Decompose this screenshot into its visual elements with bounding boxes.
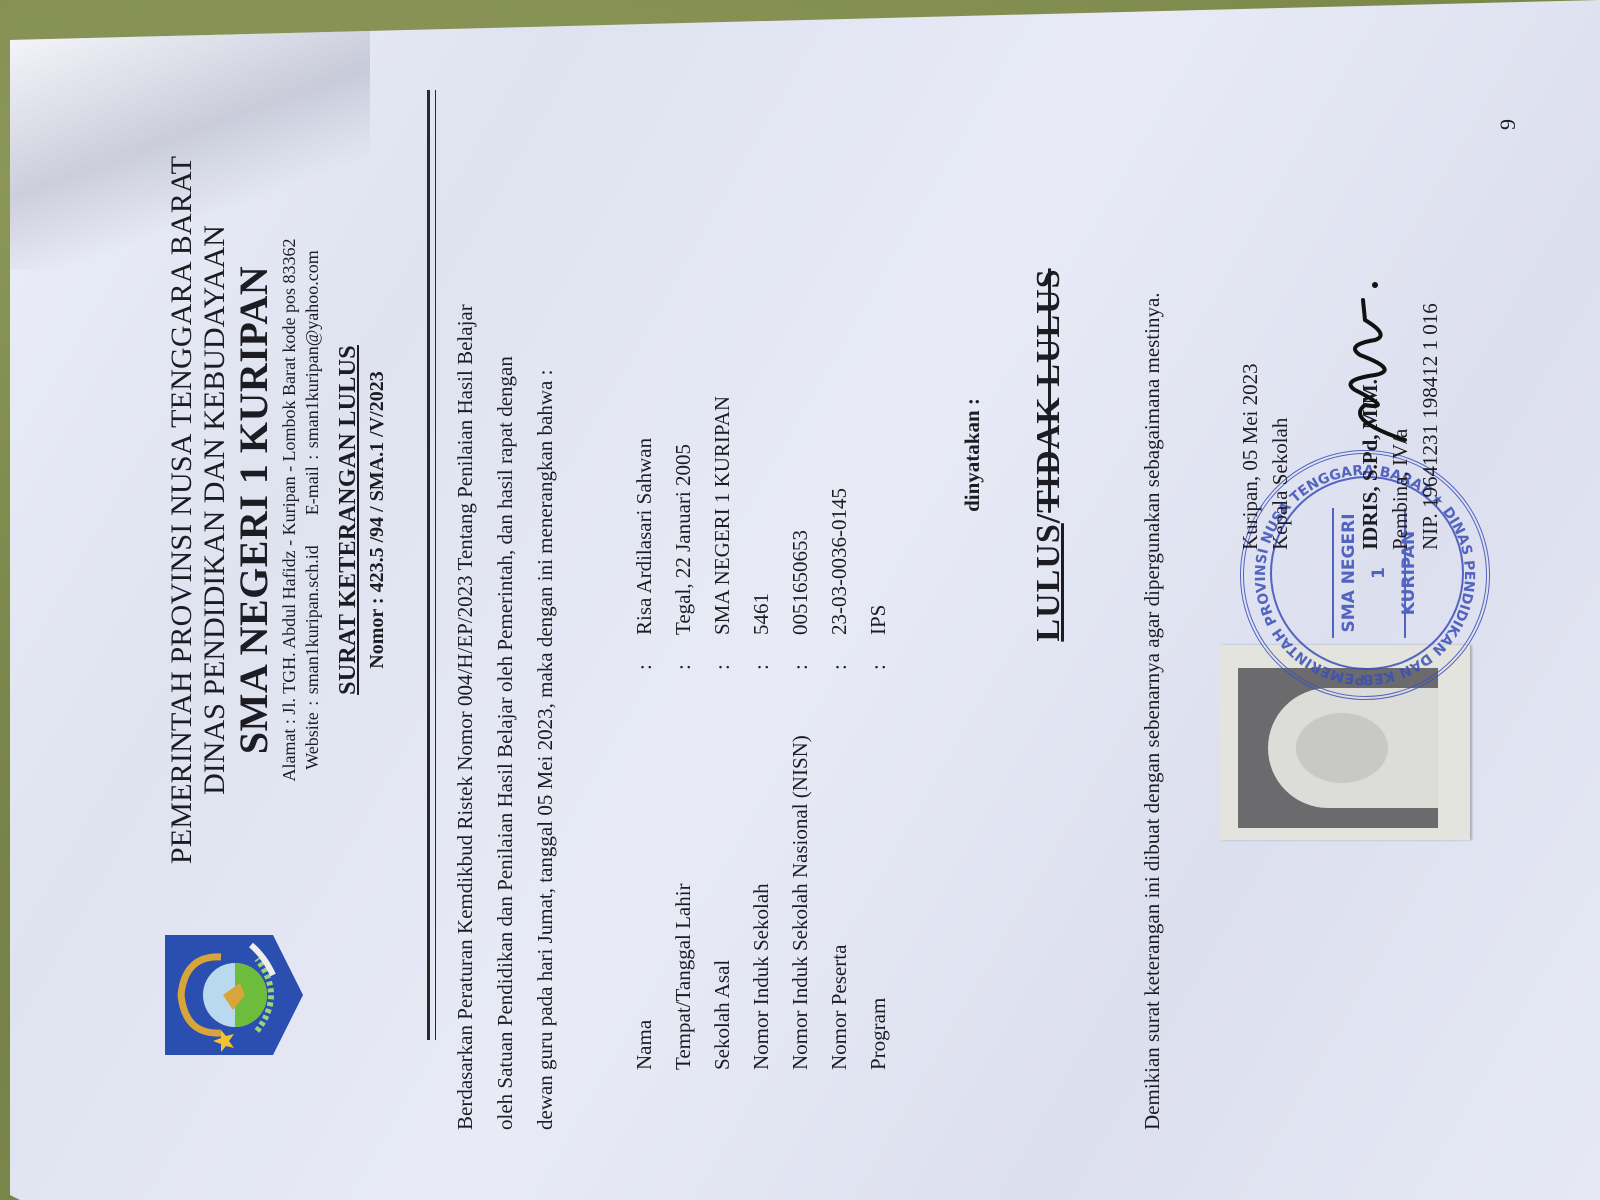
school-contact: Website : sman1kuripan.sch.idE-mail : sm… <box>301 100 323 920</box>
identity-label: Tempat/Tanggal Lahir <box>671 670 696 1070</box>
identity-colon: : <box>671 635 696 670</box>
graduation-letter: PEMERINTAH PROVINSI NUSA TENGGARA BARAT … <box>45 70 1545 1170</box>
handwritten-signature-icon <box>1335 280 1415 450</box>
body-line: Berdasarkan Peraturan Kemdikbud Ristek N… <box>445 140 485 1130</box>
body-line: dewan guru pada hari Jumat, tanggal 05 M… <box>525 140 565 1130</box>
identity-value: 0051650653 <box>788 170 813 635</box>
identity-colon: : <box>749 635 774 670</box>
identity-value: IPS <box>866 170 891 635</box>
identity-label: Sekolah Asal <box>710 670 735 1070</box>
identity-colon: : <box>827 635 852 670</box>
signer-nip: NIP. 19641231 198412 1 016 <box>1415 130 1445 550</box>
identity-row: Tempat/Tanggal Lahir:Tegal, 22 Januari 2… <box>664 170 703 1070</box>
school-website: Website : sman1kuripan.sch.id <box>302 545 322 770</box>
identity-row: Program:IPS <box>859 170 898 1070</box>
identity-row: Nomor Induk Sekolah Nasional (NISN):0051… <box>781 170 820 1070</box>
body-paragraph: Berdasarkan Peraturan Kemdikbud Ristek N… <box>445 140 565 1130</box>
letterhead-text: PEMERINTAH PROVINSI NUSA TENGGARA BARAT … <box>165 100 323 920</box>
sign-place-date: Kuripan, 05 Mei 2023 <box>1235 130 1265 550</box>
identity-colon: : <box>788 635 813 670</box>
school-address: Alamat : Jl. TGH. Abdul Hafidz - Kuripan… <box>277 100 301 920</box>
graduation-result: LULUS/TIDAK LULUS <box>1030 70 1068 1170</box>
identity-colon: : <box>866 635 891 670</box>
identity-colon: : <box>710 635 735 670</box>
identity-label: Nomor Peserta <box>827 670 852 1070</box>
identity-value: 5461 <box>749 170 774 635</box>
identity-row: Nomor Peserta:23-03-0036-0145 <box>820 170 859 1070</box>
identity-row: Nama:Risa Ardilasari Sahwan <box>625 170 664 1070</box>
identity-colon: : <box>632 635 657 670</box>
identity-label: Program <box>866 670 891 1070</box>
department-line: DINAS PENDIDIKAN DAN KEBUDAYAAN <box>198 100 231 920</box>
nusa-tenggara-barat-emblem-icon <box>165 935 303 1055</box>
body-line: oleh Satuan Pendidikan dan Penilaian Has… <box>485 140 525 1130</box>
school-name: SMA NEGERI 1 KURIPAN <box>231 100 277 920</box>
letter-number: Nomor : 423.5 /94 / SMA.1 /V/2023 <box>366 70 389 970</box>
title-block: SURAT KETERANGAN LULUS Nomor : 423.5 /94… <box>335 70 389 970</box>
identity-label: Nomor Induk Sekolah <box>749 670 774 1070</box>
identity-row: Sekolah Asal:SMA NEGERI 1 KURIPAN <box>703 170 742 1070</box>
closing-statement: Demikian surat keterangan ini dibuat den… <box>1140 130 1165 1130</box>
government-line: PEMERINTAH PROVINSI NUSA TENGGARA BARAT <box>165 100 198 920</box>
result-fail-struck: TIDAK LULUS <box>1030 268 1067 512</box>
identity-value: 23-03-0036-0145 <box>827 170 852 635</box>
declared-label: dinyatakan : <box>960 70 985 1170</box>
letterhead-divider <box>427 90 436 1040</box>
page-number: 9 <box>1495 119 1521 130</box>
identity-value: SMA NEGERI 1 KURIPAN <box>710 170 735 635</box>
student-identity-table: Nama:Risa Ardilasari SahwanTempat/Tangga… <box>625 170 898 1070</box>
identity-label: Nomor Induk Sekolah Nasional (NISN) <box>788 670 813 1070</box>
sign-position: Kepala Sekolah <box>1265 130 1295 550</box>
letterhead: PEMERINTAH PROVINSI NUSA TENGGARA BARAT … <box>165 100 315 1140</box>
school-email: E-mail : sman1kuripan@yahoo.com <box>302 250 322 515</box>
result-pass: LULUS <box>1030 523 1067 641</box>
letter-title: SURAT KETERANGAN LULUS <box>335 70 362 970</box>
identity-value: Tegal, 22 Januari 2005 <box>671 170 696 635</box>
identity-label: Nama <box>632 670 657 1070</box>
identity-row: Nomor Induk Sekolah:5461 <box>742 170 781 1070</box>
photo-face <box>1296 713 1388 783</box>
paper-sheet: PEMERINTAH PROVINSI NUSA TENGGARA BARAT … <box>10 0 1600 1200</box>
result-separator: / <box>1030 513 1067 523</box>
identity-value: Risa Ardilasari Sahwan <box>632 170 657 635</box>
